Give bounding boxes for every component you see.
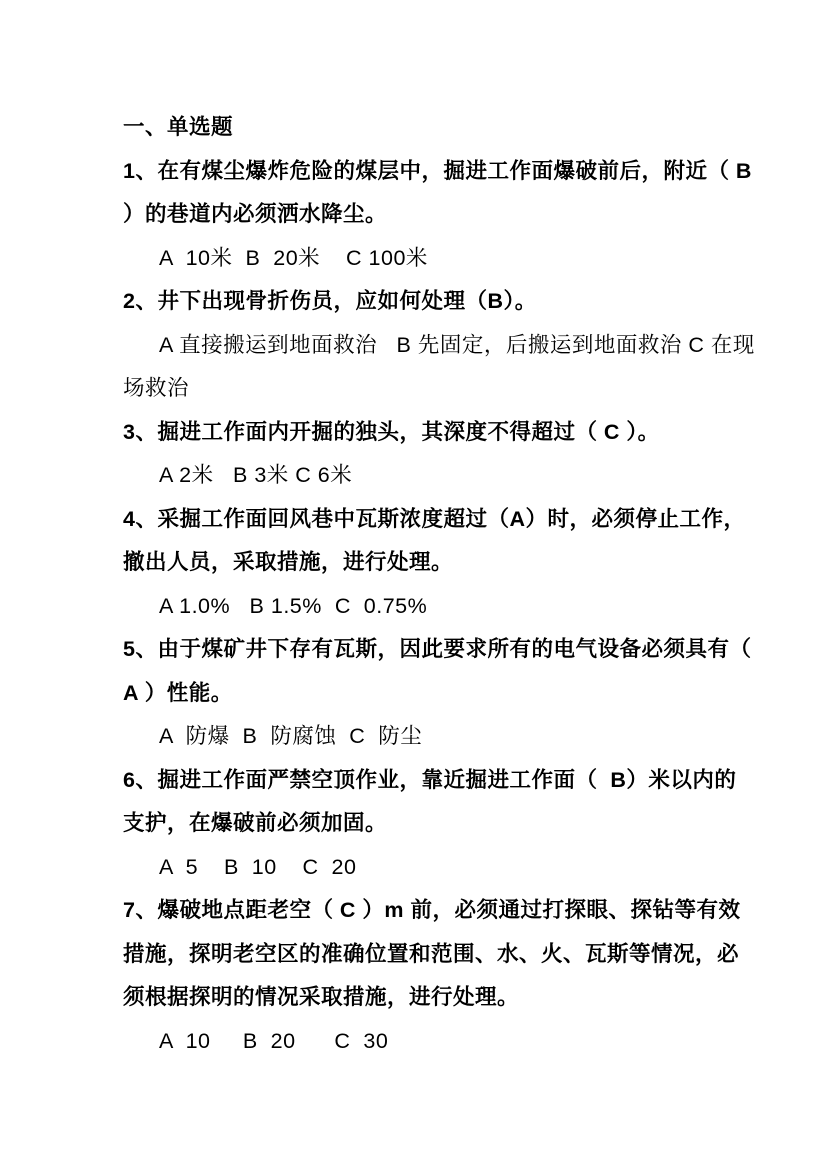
- question-stem-line: 7、爆破地点距老空（ C ）m 前，必须通过打探眼、探钻等有效: [123, 889, 710, 933]
- question-stem-line: 5、由于煤矿井下存有瓦斯，因此要求所有的电气设备必须具有（: [123, 628, 710, 672]
- question-stem-line: 1、在有煤尘爆炸危险的煤层中，掘进工作面爆破前后，附近（ B: [123, 150, 710, 194]
- question-block: 5、由于煤矿井下存有瓦斯，因此要求所有的电气设备必须具有（A ）性能。A 防爆 …: [123, 628, 710, 759]
- question-block: 2、井下出现骨折伤员，应如何处理（B）。A 直接搬运到地面救治 B 先固定，后搬…: [123, 280, 710, 411]
- question-block: 7、爆破地点距老空（ C ）m 前，必须通过打探眼、探钻等有效措施，探明老空区的…: [123, 889, 710, 1063]
- question-options-line: A 10米 B 20米 C 100米: [123, 237, 710, 281]
- question-stem-line: 撤出人员，采取措施，进行处理。: [123, 541, 710, 585]
- question-options-line: A 1.0% B 1.5% C 0.75%: [123, 585, 710, 629]
- section-heading: 一、单选题: [123, 106, 710, 150]
- question-block: 6、掘进工作面严禁空顶作业，靠近掘进工作面（ B）米以内的支护，在爆破前必须加固…: [123, 759, 710, 890]
- question-stem-line: A ）性能。: [123, 672, 710, 716]
- question-stem-line: 2、井下出现骨折伤员，应如何处理（B）。: [123, 280, 710, 324]
- question-stem-line: 6、掘进工作面严禁空顶作业，靠近掘进工作面（ B）米以内的: [123, 759, 710, 803]
- question-options-line: A 10 B 20 C 30: [123, 1020, 710, 1064]
- questions-list: 1、在有煤尘爆炸危险的煤层中，掘进工作面爆破前后，附近（ B）的巷道内必须洒水降…: [123, 150, 710, 1064]
- question-block: 3、掘进工作面内开掘的独头，其深度不得超过（ C ）。A 2米 B 3米 C 6…: [123, 411, 710, 498]
- question-stem-line: 措施，探明老空区的准确位置和范围、水、火、瓦斯等情况，必: [123, 933, 710, 977]
- question-stem-line: 须根据探明的情况采取措施，进行处理。: [123, 976, 710, 1020]
- question-stem-line: ）的巷道内必须洒水降尘。: [123, 193, 710, 237]
- question-options-line: 场救治: [123, 367, 710, 411]
- question-stem-line: 3、掘进工作面内开掘的独头，其深度不得超过（ C ）。: [123, 411, 710, 455]
- question-options-line: A 5 B 10 C 20: [123, 846, 710, 890]
- question-options-line: A 防爆 B 防腐蚀 C 防尘: [123, 715, 710, 759]
- question-options-line: A 2米 B 3米 C 6米: [123, 454, 710, 498]
- question-stem-line: 4、采掘工作面回风巷中瓦斯浓度超过（A）时，必须停止工作，: [123, 498, 710, 542]
- document-page: 一、单选题 1、在有煤尘爆炸危险的煤层中，掘进工作面爆破前后，附近（ B）的巷道…: [0, 0, 826, 1169]
- question-stem-line: 支护，在爆破前必须加固。: [123, 802, 710, 846]
- question-block: 4、采掘工作面回风巷中瓦斯浓度超过（A）时，必须停止工作，撤出人员，采取措施，进…: [123, 498, 710, 629]
- question-options-line: A 直接搬运到地面救治 B 先固定，后搬运到地面救治 C 在现: [123, 324, 710, 368]
- question-block: 1、在有煤尘爆炸危险的煤层中，掘进工作面爆破前后，附近（ B）的巷道内必须洒水降…: [123, 150, 710, 281]
